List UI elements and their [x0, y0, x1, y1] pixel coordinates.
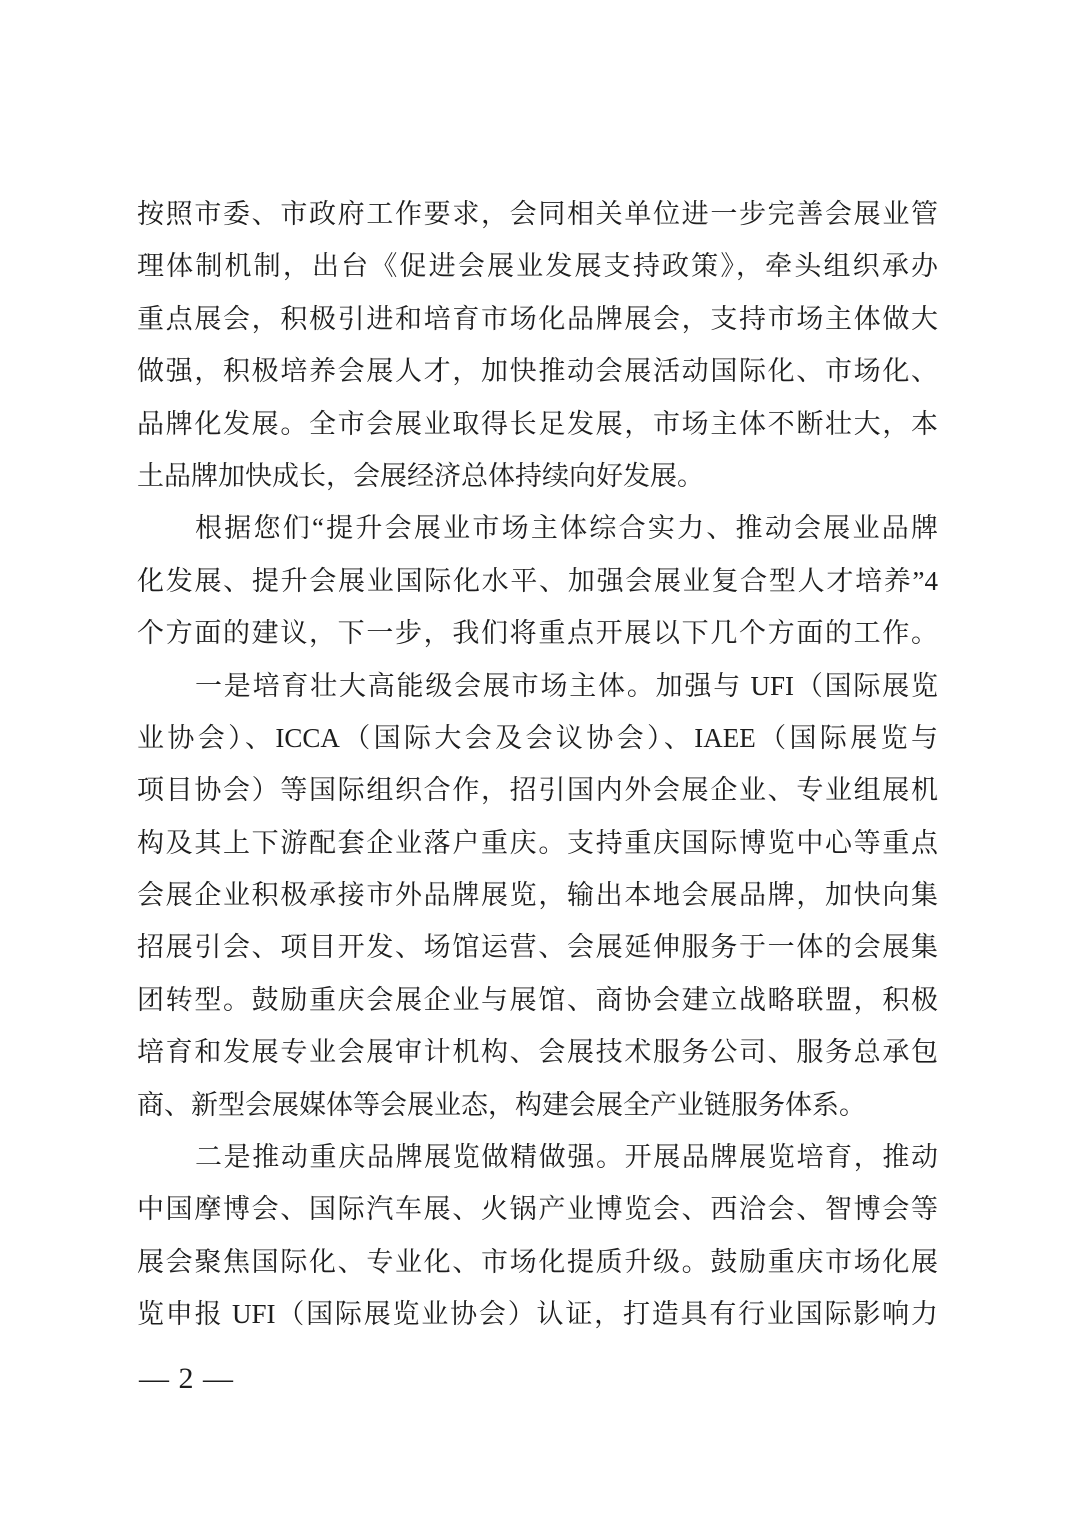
text-line: 中国摩博会、国际汽车展、火锅产业博览会、西洽会、智博会等: [137, 1183, 938, 1235]
paragraph: 二是推动重庆品牌展览做精做强。开展品牌展览培育，推动 中国摩博会、国际汽车展、火…: [137, 1131, 938, 1341]
text-line: 培育和发展专业会展审计机构、会展技术服务公司、服务总承包: [137, 1026, 938, 1078]
text-line: 商、新型会展媒体等会展业态，构建会展全产业链服务体系。: [137, 1079, 938, 1131]
text-line: 构及其上下游配套企业落户重庆。支持重庆国际博览中心等重点: [137, 817, 938, 869]
text-line: 业协会）、ICCA（国际大会及会议协会）、IAEE（国际展览与: [137, 712, 938, 764]
text-line: 二是推动重庆品牌展览做精做强。开展品牌展览培育，推动: [137, 1131, 938, 1183]
text-line: 土品牌加快成长，会展经济总体持续向好发展。: [137, 450, 938, 502]
text-line: 品牌化发展。全市会展业取得长足发展，市场主体不断壮大，本: [137, 398, 938, 450]
page-number: — 2 —: [139, 1362, 234, 1396]
text-line: 按照市委、市政府工作要求，会同相关单位进一步完善会展业管: [137, 188, 938, 240]
text-line: 理体制机制，出台《促进会展业发展支持政策》，牵头组织承办: [137, 240, 938, 292]
paragraph: 按照市委、市政府工作要求，会同相关单位进一步完善会展业管 理体制机制，出台《促进…: [137, 188, 938, 502]
document-body: 按照市委、市政府工作要求，会同相关单位进一步完善会展业管 理体制机制，出台《促进…: [137, 188, 938, 1341]
text-line: 展会聚焦国际化、专业化、市场化提质升级。鼓励重庆市场化展: [137, 1236, 938, 1288]
document-page: 按照市委、市政府工作要求，会同相关单位进一步完善会展业管 理体制机制，出台《促进…: [0, 0, 1074, 1520]
text-line: 根据您们“提升会展业市场主体综合实力、推动会展业品牌: [137, 502, 938, 554]
paragraph: 根据您们“提升会展业市场主体综合实力、推动会展业品牌 化发展、提升会展业国际化水…: [137, 502, 938, 659]
text-line: 览申报 UFI（国际展览业协会）认证，打造具有行业国际影响力: [137, 1288, 938, 1340]
text-line: 化发展、提升会展业国际化水平、加强会展业复合型人才培养”4: [137, 555, 938, 607]
text-line: 重点展会，积极引进和培育市场化品牌展会，支持市场主体做大: [137, 293, 938, 345]
text-line: 一是培育壮大高能级会展市场主体。加强与 UFI（国际展览: [137, 660, 938, 712]
paragraph: 一是培育壮大高能级会展市场主体。加强与 UFI（国际展览 业协会）、ICCA（国…: [137, 660, 938, 1132]
text-line: 做强，积极培养会展人才，加快推动会展活动国际化、市场化、: [137, 345, 938, 397]
text-line: 项目协会）等国际组织合作，招引国内外会展企业、专业组展机: [137, 764, 938, 816]
text-line: 个方面的建议，下一步，我们将重点开展以下几个方面的工作。: [137, 607, 938, 659]
text-line: 团转型。鼓励重庆会展企业与展馆、商协会建立战略联盟，积极: [137, 974, 938, 1026]
text-line: 招展引会、项目开发、场馆运营、会展延伸服务于一体的会展集: [137, 921, 938, 973]
text-line: 会展企业积极承接市外品牌展览，输出本地会展品牌，加快向集: [137, 869, 938, 921]
